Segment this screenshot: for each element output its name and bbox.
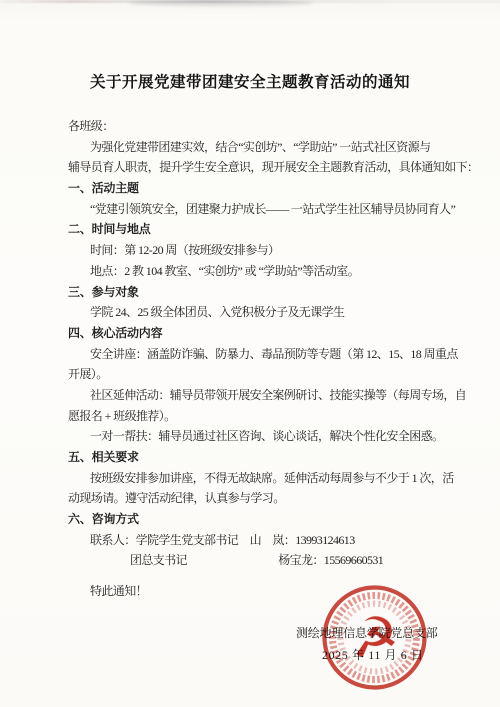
community-line: 社区延伸活动：辅导员带领开展安全案例研讨、技能实操等（每周专场，自 — [68, 385, 443, 406]
mentoring-line: 一对一帮扶：辅导员通过社区咨询、谈心谈话，解决个性化安全困惑。 — [68, 426, 443, 447]
time-line: 时间：第 12-20 周（按班级安排参与） — [68, 240, 443, 261]
signature-date: 2025 年 11 月 6 日 — [322, 646, 424, 663]
section-2-heading: 二、时间与地点 — [68, 219, 443, 240]
audience-line: 学院 24、25 级全体团员、入党积极分子及无课学生 — [68, 302, 443, 323]
place-line: 地点：2 教 104 教室、“实创坊” 或 “学助站”等活动室。 — [68, 261, 443, 282]
document-body: 各班级： 为强化党建带团建实效，结合“实创坊”、“学助站” 一站式社区资源与 辅… — [68, 116, 443, 602]
signature-org: 测绘地理信息学院党总支部 — [296, 624, 438, 641]
section-4-heading: 四、核心活动内容 — [68, 323, 443, 344]
requirement-line: 按班级安排参加讲座，不得无故缺席。延伸活动每周参与不少于 1 次，活 — [68, 468, 443, 489]
section-5-heading: 五、相关要求 — [68, 447, 443, 468]
scanned-notice-page: 关于开展党建带团建安全主题教育活动的通知 各班级： 为强化党建带团建实效，结合“… — [0, 0, 500, 707]
scan-smudge-artifact — [128, 0, 313, 6]
requirement-line: 动现场请。遵守活动纪律，认真参与学习。 — [68, 488, 443, 509]
intro-line: 为强化党建带团建实效，结合“实创坊”、“学助站” 一站式社区资源与 — [68, 137, 443, 158]
contact-line-1: 联系人：学院学生党支部书记 山 岚：13993124613 — [68, 530, 443, 551]
section-3-heading: 三、参与对象 — [68, 282, 443, 303]
closing-line: 特此通知！ — [68, 581, 443, 602]
salutation-line: 各班级： — [68, 116, 443, 137]
section-1-heading: 一、活动主题 — [68, 178, 443, 199]
document-title: 关于开展党建带团建安全主题教育活动的通知 — [0, 70, 500, 92]
section-6-heading: 六、咨询方式 — [68, 509, 443, 530]
lecture-line: 安全讲座：涵盖防诈骗、防暴力、毒品预防等专题（第 12、15、18 周重点 — [68, 344, 443, 365]
contact-line-2: 团总支书记 杨宝龙：15569660531 — [68, 550, 443, 571]
theme-line: “党建引领筑安全，团建聚力护成长—— 一站式学生社区辅导员协同育人” — [68, 199, 443, 220]
intro-line: 辅导员育人职责，提升学生安全意识，现开展安全主题教育活动，具体通知如下： — [68, 157, 443, 178]
lecture-line: 开展）。 — [68, 364, 443, 385]
community-line: 愿报名 + 班级推荐）。 — [68, 406, 443, 427]
